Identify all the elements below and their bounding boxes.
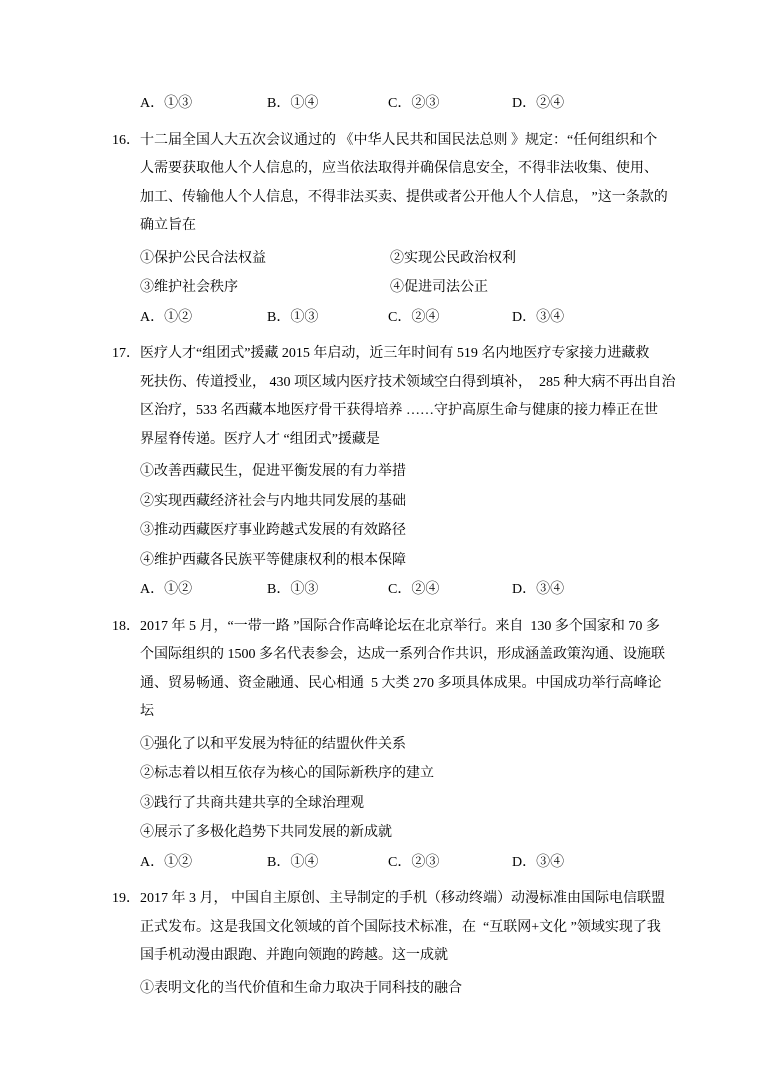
choice-d: D．②④ bbox=[512, 89, 564, 119]
stem-line: 确立旨在 bbox=[140, 212, 671, 241]
option-item-2: ②标志着以相互依存为核心的国际新秩序的建立 bbox=[140, 759, 671, 789]
option-item-3: ③践行了共商共建共享的全球治理观 bbox=[140, 789, 671, 819]
question-17: 17．医疗人才“组团式”援藏 2015 年启动，近三年时间有 519 名内地医疗… bbox=[140, 340, 671, 605]
choice-d: D．③④ bbox=[512, 303, 564, 333]
exam-document-page: A．①③B．①④C．②③D．②④ 16．十二届全国人大五次会议通过的 《中华人民… bbox=[0, 0, 761, 1076]
question-18: 18．2017 年 5 月，“一带一路 ”国际合作高峰论坛在北京举行。来自 13… bbox=[140, 613, 671, 878]
stem-text: 2017 年 3 月， 中国自主原创、主导制定的手机（移动终端）动漫标准由国际电… bbox=[140, 891, 665, 906]
option-item-1: ①保护公民合法权益 bbox=[140, 244, 390, 274]
stem-line: 正式发布。这是我国文化领域的首个国际技术标准，在 “互联网+文化 ”领域实现了我 bbox=[140, 914, 671, 943]
stem-line: 加工、传输他人个人信息，不得非法买卖、提供或者公开他人个人信息， ”这一条款的 bbox=[140, 184, 671, 213]
answer-row-previous-question: A．①③B．①④C．②③D．②④ bbox=[140, 89, 671, 119]
choice-d: D．③④ bbox=[512, 848, 564, 878]
option-list: ①改善西藏民生，促进平衡发展的有力举措 ②实现西藏经济社会与内地共同发展的基础 … bbox=[140, 457, 671, 605]
option-item-1: ①改善西藏民生，促进平衡发展的有力举措 bbox=[140, 457, 671, 487]
option-list: ①强化了以和平发展为特征的结盟伙件关系 ②标志着以相互依存为核心的国际新秩序的建… bbox=[140, 730, 671, 878]
choice-b: B．①④ bbox=[267, 89, 388, 119]
stem-text: 2017 年 5 月，“一带一路 ”国际合作高峰论坛在北京举行。来自 130 多… bbox=[140, 619, 660, 634]
choice-d: D．③④ bbox=[512, 575, 564, 605]
option-item-3: ③推动西藏医疗事业跨越式发展的有效路径 bbox=[140, 516, 671, 546]
stem-line: 通、贸易畅通、资金融通、民心相通 5 大类 270 多项具体成果。中国成功举行高… bbox=[140, 670, 671, 699]
question-number: 17． bbox=[112, 340, 140, 369]
choice-c: C．②③ bbox=[388, 89, 512, 119]
option-list: ①表明文化的当代价值和生命力取决于同科技的融合 bbox=[140, 974, 671, 1004]
stem-text: 十二届全国人大五次会议通过的 《中华人民共和国民法总则 》规定：“任何组织和个 bbox=[140, 133, 657, 148]
option-item-1: ①表明文化的当代价值和生命力取决于同科技的融合 bbox=[140, 974, 671, 1004]
stem-text: 医疗人才“组团式”援藏 2015 年启动，近三年时间有 519 名内地医疗专家接… bbox=[140, 346, 649, 361]
option-row: ①保护公民合法权益②实现公民政治权利 bbox=[140, 244, 671, 274]
choice-b: B．①③ bbox=[267, 303, 388, 333]
stem-line: 界屋脊传递。医疗人才 “组团式”援藏是 bbox=[140, 426, 671, 455]
option-row: ③维护社会秩序④促进司法公正 bbox=[140, 273, 671, 303]
choice-a: A．①② bbox=[140, 303, 267, 333]
answer-row: A．①②B．①③C．②④D．③④ bbox=[140, 303, 671, 333]
option-item-1: ①强化了以和平发展为特征的结盟伙件关系 bbox=[140, 730, 671, 760]
choice-a: A．①③ bbox=[140, 89, 267, 119]
stem-line: 人需要获取他人个人信息的，应当依法取得并确保信息安全，不得非法收集、使用、 bbox=[140, 155, 671, 184]
answer-row: A．①②B．①③C．②④D．③④ bbox=[140, 575, 671, 605]
choice-b: B．①③ bbox=[267, 575, 388, 605]
choice-c: C．②③ bbox=[388, 848, 512, 878]
option-list: ①保护公民合法权益②实现公民政治权利 ③维护社会秩序④促进司法公正 A．①②B．… bbox=[140, 244, 671, 333]
question-number: 18． bbox=[112, 613, 140, 642]
option-item-4: ④促进司法公正 bbox=[390, 280, 488, 295]
stem-line: 16．十二届全国人大五次会议通过的 《中华人民共和国民法总则 》规定：“任何组织… bbox=[140, 127, 671, 156]
answer-row: A．①②B．①④C．②③D．③④ bbox=[140, 848, 671, 878]
stem-line: 国手机动漫由跟跑、并跑向领跑的跨越。这一成就 bbox=[140, 942, 671, 971]
question-number: 16． bbox=[112, 127, 140, 156]
stem-line: 区治疗，533 名西藏本地医疗骨干获得培养 ……守护高原生命与健康的接力棒正在世 bbox=[140, 397, 671, 426]
choice-c: C．②④ bbox=[388, 575, 512, 605]
stem-line: 坛 bbox=[140, 698, 671, 727]
choice-b: B．①④ bbox=[267, 848, 388, 878]
choice-a: A．①② bbox=[140, 848, 267, 878]
choice-c: C．②④ bbox=[388, 303, 512, 333]
option-item-3: ③维护社会秩序 bbox=[140, 273, 390, 303]
stem-line: 18．2017 年 5 月，“一带一路 ”国际合作高峰论坛在北京举行。来自 13… bbox=[140, 613, 671, 642]
stem-line: 19．2017 年 3 月， 中国自主原创、主导制定的手机（移动终端）动漫标准由… bbox=[140, 885, 671, 914]
option-item-2: ②实现公民政治权利 bbox=[390, 251, 516, 266]
option-item-4: ④维护西藏各民族平等健康权利的根本保障 bbox=[140, 546, 671, 576]
option-item-4: ④展示了多极化趋势下共同发展的新成就 bbox=[140, 818, 671, 848]
stem-line: 死扶伤、传道授业， 430 项区域内医疗技术领域空白得到填补， 285 种大病不… bbox=[140, 369, 671, 398]
question-16: 16．十二届全国人大五次会议通过的 《中华人民共和国民法总则 》规定：“任何组织… bbox=[140, 127, 671, 333]
option-item-2: ②实现西藏经济社会与内地共同发展的基础 bbox=[140, 487, 671, 517]
question-number: 19． bbox=[112, 885, 140, 914]
stem-line: 个国际组织的 1500 多名代表参会，达成一系列合作共识，形成涵盖政策沟通、设施… bbox=[140, 641, 671, 670]
question-19: 19．2017 年 3 月， 中国自主原创、主导制定的手机（移动终端）动漫标准由… bbox=[140, 885, 671, 1003]
stem-line: 17．医疗人才“组团式”援藏 2015 年启动，近三年时间有 519 名内地医疗… bbox=[140, 340, 671, 369]
choice-a: A．①② bbox=[140, 575, 267, 605]
